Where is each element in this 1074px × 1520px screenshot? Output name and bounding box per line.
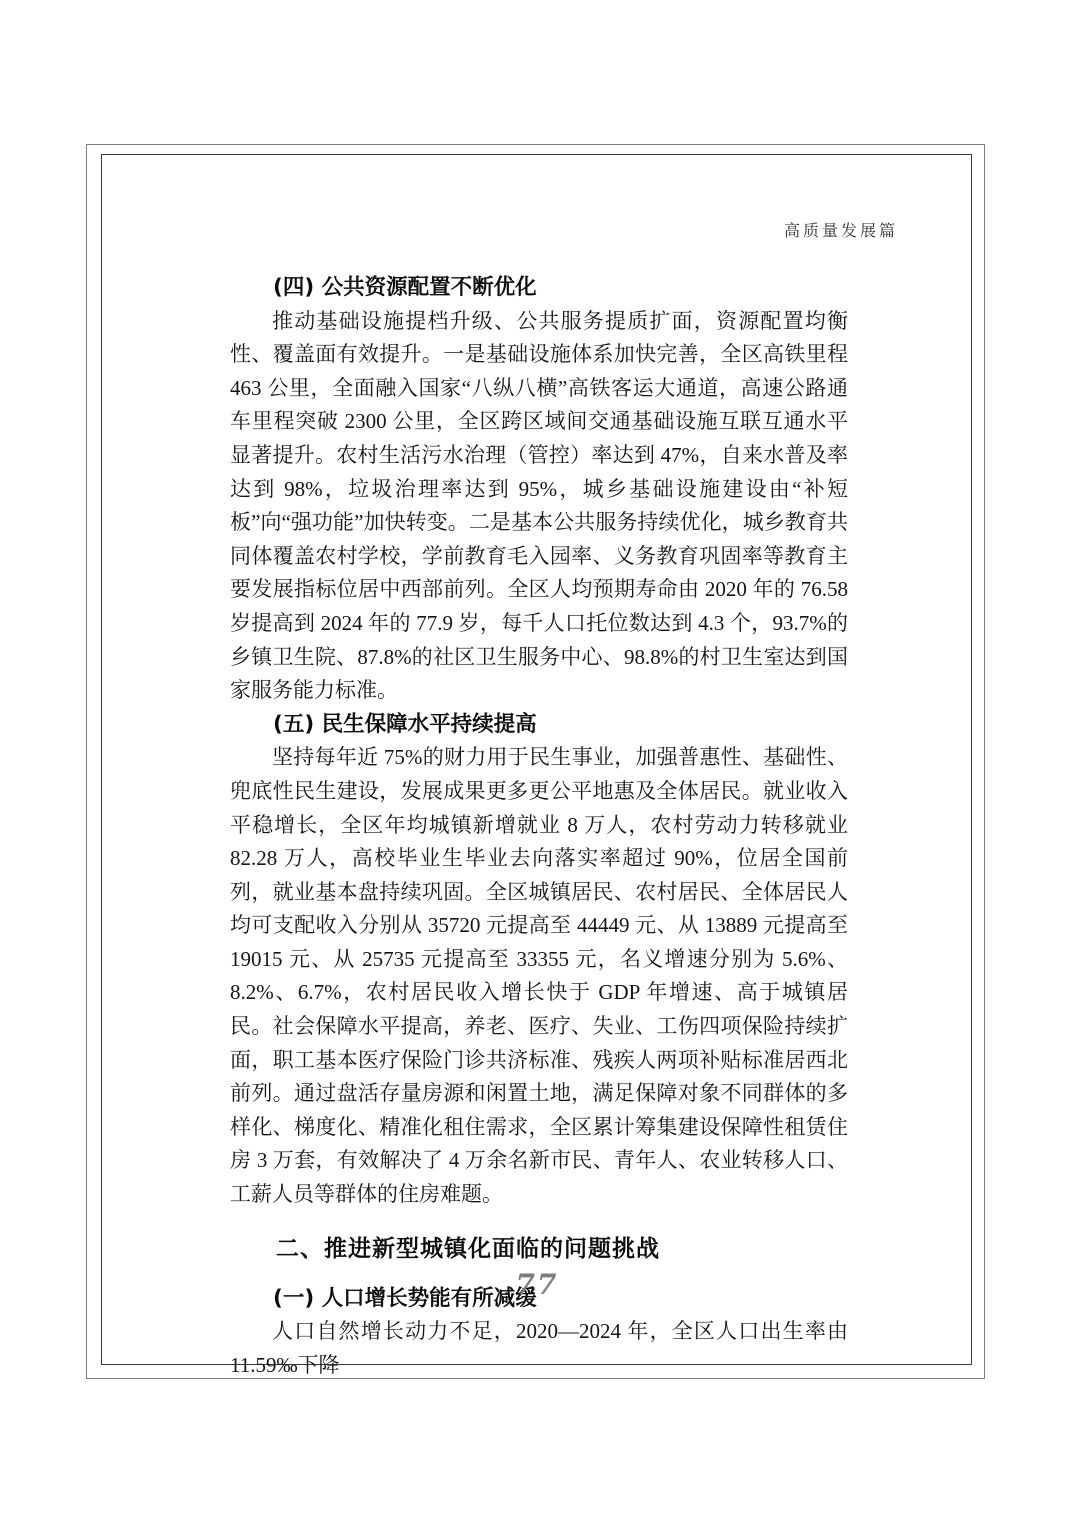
section-5-paragraph: 坚持每年近 75%的财力用于民生事业，加强普惠性、基础性、兜底性民生建设，发展成… (230, 741, 848, 1211)
section-4-paragraph: 推动基础设施提档升级、公共服务提质扩面，资源配置均衡性、覆盖面有效提升。一是基础… (230, 305, 848, 708)
section-4-heading: (四) 公共资源配置不断优化 (230, 271, 848, 305)
part-2-heading: 二、推进新型城镇化面临的问题挑战 (230, 1232, 848, 1266)
running-header: 高质量发展篇 (784, 218, 898, 241)
page-number: 77 (0, 1268, 1074, 1301)
text-column: (四) 公共资源配置不断优化 推动基础设施提档升级、公共服务提质扩面，资源配置均… (230, 271, 848, 1382)
section-5-heading: (五) 民生保障水平持续提高 (230, 708, 848, 742)
section-1-paragraph: 人口自然增长动力不足，2020—2024 年，全区人口出生率由 11.59‰下降 (230, 1315, 848, 1382)
